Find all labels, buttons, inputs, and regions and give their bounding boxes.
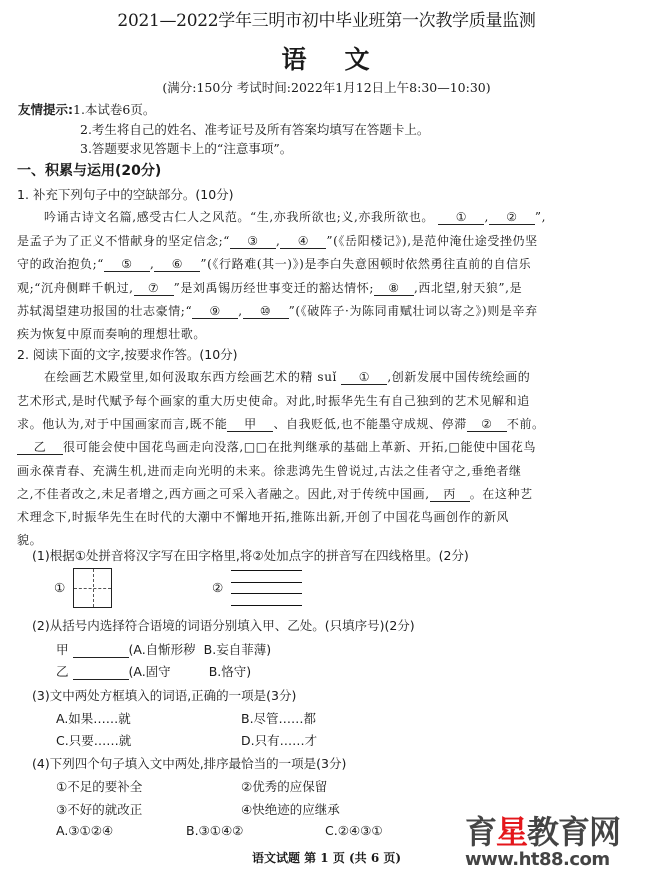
passage-line: 在绘画艺术殿堂里,如何汲取东西方绘画艺术的精 suǐ ①,创新发展中国传统绘画的 bbox=[44, 368, 530, 385]
tips-line-1: 友情提示:1.本试卷6页。 bbox=[18, 100, 155, 118]
sentence-1: ①不足的要补全 bbox=[56, 777, 142, 795]
answer-blank[interactable]: ⑩ bbox=[243, 304, 289, 319]
sentence-4: ④快绝迹的应继承 bbox=[241, 800, 340, 818]
answer-blank[interactable]: ④ bbox=[280, 234, 326, 249]
passage-line: 画永葆青春、充满生机,进而走向光明的未来。徐悲鸿先生曾说过,古法之佳者守之,垂绝… bbox=[17, 462, 522, 479]
answer-blank[interactable] bbox=[73, 643, 129, 658]
answer-blank[interactable]: ① bbox=[341, 370, 387, 385]
q1-line: 观;“沉舟侧畔千帆过,⑦”是刘禹锡历经世事变迁的豁达情怀;⑧,西北望,射天狼”,… bbox=[17, 279, 522, 296]
tip-item: 1.本试卷6页。 bbox=[73, 102, 155, 117]
answer-blank[interactable]: 甲 bbox=[227, 417, 273, 432]
subquestion-1-title: (1)根据①处拼音将汉字写在田字格里,将②处加点字的拼音写在四线格里。(2分) bbox=[32, 546, 469, 564]
tip-item: 3.答题要求见答题卡上的“注意事项”。 bbox=[80, 139, 292, 157]
sub2-row-yi: 乙 (A.固守B.恪守) bbox=[56, 662, 251, 680]
box1-label: ① bbox=[54, 580, 65, 595]
subject-title: 语文 bbox=[0, 40, 653, 76]
tianzige-grid[interactable] bbox=[73, 568, 112, 608]
box2-label: ② bbox=[212, 580, 223, 595]
passage-line: 艺术形式,是时代赋予每个画家的重大历史使命。对此,时振华先生有自己独到的艺术见解… bbox=[17, 392, 530, 409]
answer-blank[interactable]: ① bbox=[438, 210, 484, 225]
subquestion-3-title: (3)文中两处方框填入的词语,正确的一项是(3分) bbox=[32, 686, 296, 704]
question-1-title: 1. 补充下列句子中的空缺部分。(10分) bbox=[17, 185, 234, 203]
option-a[interactable]: A.如果……就 bbox=[56, 709, 131, 727]
answer-blank[interactable]: ② bbox=[489, 210, 535, 225]
answer-blank[interactable] bbox=[73, 665, 129, 680]
section-heading: 一、积累与运用(20分) bbox=[17, 160, 161, 180]
passage-line: 求。他认为,对于中国画家而言,既不能甲、自我贬低,也不能墨守成规、停滞②不前。 bbox=[17, 415, 545, 432]
option-c[interactable]: C.②④③① bbox=[325, 823, 383, 838]
option-a[interactable]: A.③①②④ bbox=[56, 823, 113, 838]
option-b[interactable]: B.③①④② bbox=[186, 823, 243, 838]
answer-blank[interactable]: ② bbox=[467, 417, 507, 432]
passage-line: 乙很可能会使中国花鸟画走向没落,□□在批判继承的基础上革新、开拓,□能使中国花鸟 bbox=[17, 438, 536, 455]
answer-blank[interactable]: 丙 bbox=[430, 487, 470, 502]
sentence-2: ②优秀的应保留 bbox=[241, 777, 327, 795]
q1-line: 吟诵古诗文名篇,感受古仁人之风范。“生,亦我所欲也;义,亦我所欲也。 ①,②”, bbox=[44, 208, 546, 225]
option-d[interactable]: D.只有……才 bbox=[241, 731, 317, 749]
passage-line: 之,不佳者改之,未足者增之,西方画之可采入者融之。因此,对于传统中国画,丙。在这… bbox=[17, 485, 533, 502]
watermark-url: www.ht88.com bbox=[465, 849, 650, 871]
four-line-grid[interactable] bbox=[231, 569, 302, 607]
sentence-3: ③不好的就改正 bbox=[56, 800, 142, 818]
watermark-logo: 育星教育网 www.ht88.com bbox=[465, 815, 650, 876]
answer-blank[interactable]: ③ bbox=[230, 234, 276, 249]
option-b[interactable]: B.尽管……都 bbox=[241, 709, 316, 727]
q1-line: 是孟子为了正义不惜献身的坚定信念;“③,④”(《岳阳楼记》),是范仲淹仕途受挫仍… bbox=[17, 232, 538, 249]
answer-blank[interactable]: ⑥ bbox=[154, 257, 200, 272]
answer-blank[interactable]: 乙 bbox=[17, 440, 63, 455]
answer-blank[interactable]: ⑧ bbox=[374, 281, 414, 296]
exam-title: 2021—2022学年三明市初中毕业班第一次教学质量监测 bbox=[0, 6, 653, 31]
passage-line: 术理念下,时振华先生在时代的大潮中不懈地开拓,推陈出新,开创了中国花鸟画创作的新… bbox=[17, 508, 509, 525]
answer-blank[interactable]: ⑤ bbox=[104, 257, 150, 272]
q1-line: 苏轼渴望建功报国的壮志豪情;“⑨,⑩”(《破阵子·为陈同甫赋壮词以寄之》)则是辛… bbox=[17, 302, 538, 319]
subquestion-2-title: (2)从括号内选择符合语境的词语分别填入甲、乙处。(只填序号)(2分) bbox=[32, 616, 415, 634]
q1-line: 守的政治抱负;“⑤,⑥”(《行路难(其一)》)是李白失意困顿时依然勇往直前的自信… bbox=[17, 255, 531, 272]
answer-blank[interactable]: ⑨ bbox=[192, 304, 238, 319]
exam-meta: (满分:150分 考试时间:2022年1月12日上午8:30—10:30) bbox=[0, 78, 653, 96]
answer-blank[interactable]: ⑦ bbox=[134, 281, 174, 296]
tip-item: 2.考生将自己的姓名、准考证号及所有答案均填写在答题卡上。 bbox=[80, 120, 429, 138]
watermark-text: 育星教育网 bbox=[465, 815, 650, 849]
q1-line: 疾为恢复中原而奏响的理想壮歌。 bbox=[17, 325, 206, 342]
sub2-row-jia: 甲 (A.自惭形秽 B.妄自菲薄) bbox=[56, 640, 271, 658]
option-c[interactable]: C.只要……就 bbox=[56, 731, 131, 749]
tips-label: 友情提示: bbox=[18, 102, 73, 117]
question-2-title: 2. 阅读下面的文字,按要求作答。(10分) bbox=[17, 345, 238, 363]
subquestion-4-title: (4)下列四个句子填入文中两处,排序最恰当的一项是(3分) bbox=[32, 754, 346, 772]
